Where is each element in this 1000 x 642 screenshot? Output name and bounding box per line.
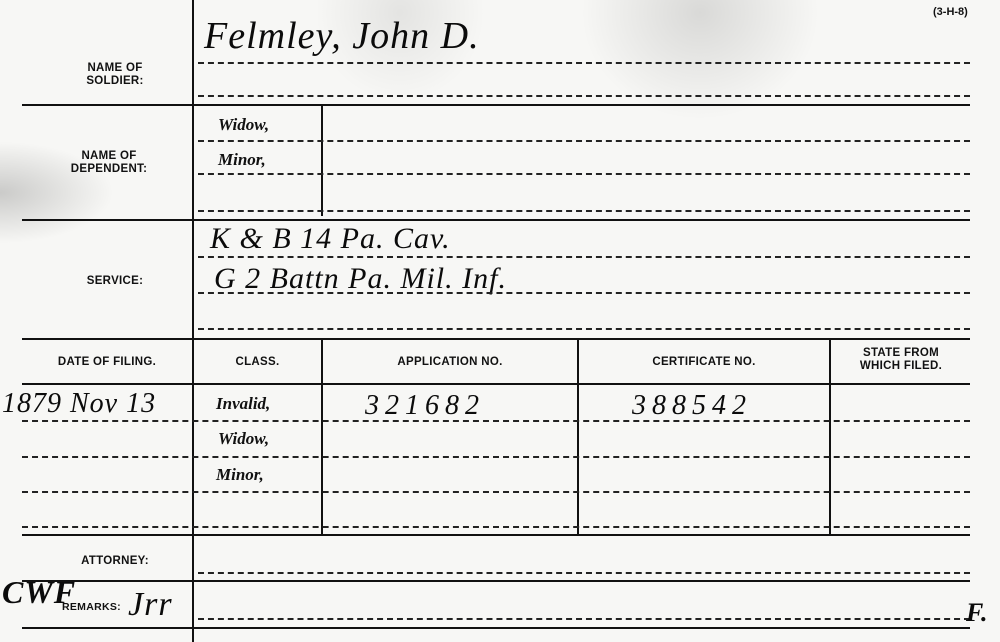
application-no-header: APPLICATION NO. [323,356,577,369]
section-rule [22,104,192,106]
remarks-margin-initials: CWF [2,574,76,611]
class-minor-label: Minor, [216,465,264,485]
column-divider [829,338,831,534]
rule [22,456,970,458]
remarks-initials: Jrr [128,586,173,624]
section-rule [22,219,192,221]
service-label: SERVICE: [40,275,190,288]
rule [198,173,970,175]
attorney-rule [198,572,970,574]
dependent-widow-label: Widow, [218,115,269,135]
rule [198,292,970,294]
attorney-label: ATTORNEY: [40,555,190,568]
rule [22,420,970,422]
soldier-name-entry: Felmley, John D. [204,14,480,58]
state-from-which-filed-header: STATE FROM WHICH FILED. [831,347,971,373]
label-column-divider [192,0,194,642]
name-of-dependent-label: NAME OF DEPENDENT: [28,150,190,176]
service-line-2: G 2 Battn Pa. Mil. Inf. [214,262,507,296]
dependent-divider [321,104,323,216]
column-divider [577,338,579,534]
application-no-entry: 321682 [365,390,485,422]
label-line: NAME OF [28,150,190,163]
certificate-no-entry: 388542 [632,390,752,422]
section-rule [22,627,192,629]
date-of-filing-header: DATE OF FILING. [22,356,192,369]
section-rule [22,534,970,536]
dependent-minor-label: Minor, [218,150,266,170]
certificate-no-header: CERTIFICATE NO. [579,356,829,369]
rule [198,140,970,142]
section-rule [194,104,970,106]
label-line: DEPENDENT: [28,163,190,176]
name-of-soldier-label: NAME OF SOLDIER: [40,62,190,88]
label-line: STATE FROM [831,347,971,360]
label-line: SOLDIER: [40,75,190,88]
rule [22,491,970,493]
label-line: WHICH FILED. [831,360,971,373]
rule [198,256,970,258]
header-rule [22,383,192,385]
column-divider [321,338,323,534]
label-line: NAME OF [40,62,190,75]
pension-index-card: (3-H-8) NAME OF SOLDIER: Felmley, John D… [0,0,1000,642]
section-rule [22,338,192,340]
section-rule [194,627,970,629]
soldier-name-rule [198,62,970,64]
remarks-rule [198,618,970,620]
rule [198,328,970,330]
section-rule [194,580,970,582]
class-widow-label: Widow, [218,429,269,449]
rule [198,95,970,97]
rule [22,526,970,528]
rule [198,210,970,212]
corner-mark: F. [966,598,989,628]
header-rule [194,383,970,385]
class-invalid-label: Invalid, [216,394,270,414]
section-rule [194,338,970,340]
form-number: (3-H-8) [933,6,968,18]
service-line-1: K & B 14 Pa. Cav. [210,222,451,256]
class-header: CLASS. [194,356,321,369]
section-rule [194,219,970,221]
date-of-filing-entry: 1879 Nov 13 [2,388,156,420]
